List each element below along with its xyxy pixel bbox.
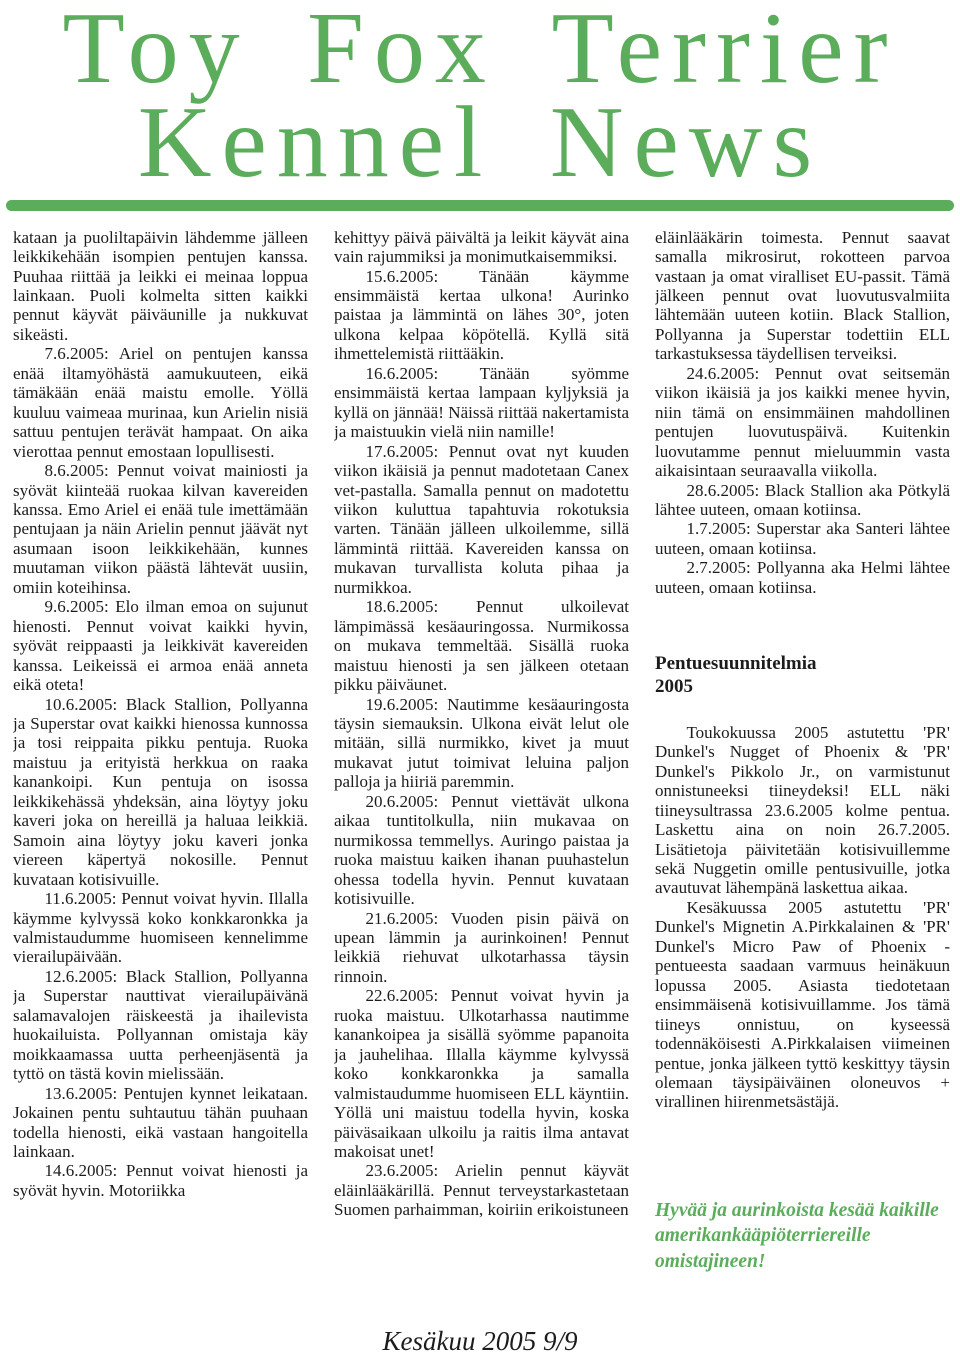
- diary-entry: 18.6.2005: Pennut ulkoilevat lämpimässä …: [334, 597, 629, 694]
- article-body: kataan ja puoliltapäivin lähdemme jällee…: [0, 211, 960, 1329]
- diary-entry: 16.6.2005: Tänään syömme ensimmäistä ker…: [334, 364, 629, 442]
- diary-entry: 28.6.2005: Black Stallion aka Pötkylä lä…: [655, 481, 950, 520]
- diary-entry: 11.6.2005: Pennut voivat hyvin. Illalla …: [13, 889, 308, 967]
- text-column: kataan ja puoliltapäivin lähdemme jällee…: [13, 228, 308, 1329]
- closing-message: Hyvää ja aurinkoista kesää kaikille amer…: [655, 1198, 950, 1274]
- page-footer: Kesäkuu 2005 9/9: [0, 1326, 960, 1357]
- diary-entry: 23.6.2005: Arielin pennut käyvät eläinlä…: [334, 1161, 629, 1219]
- diary-entry: 21.6.2005: Vuoden pisin päivä on upean l…: [334, 909, 629, 987]
- diary-entry: 22.6.2005: Pennut voivat hyvin ja ruoka …: [334, 986, 629, 1161]
- diary-entry: 15.6.2005: Tänään käymme ensimmäistä ker…: [334, 267, 629, 364]
- diary-entry: 24.6.2005: Pennut ovat seitsemän viikon …: [655, 364, 950, 481]
- newsletter-title: Toy Fox Terrier Kennel News: [0, 2, 960, 190]
- title-line-2: Kennel News: [0, 96, 960, 190]
- text-column: kehittyy päivä päivältä ja leikit käyvät…: [334, 228, 629, 1329]
- text-column: eläinlääkärin toimesta. Pennut saavat sa…: [655, 228, 950, 1329]
- continued-paragraph: eläinlääkärin toimesta. Pennut saavat sa…: [655, 228, 950, 364]
- newsletter-page: Toy Fox Terrier Kennel News kataan ja pu…: [0, 0, 960, 1365]
- masthead: Toy Fox Terrier Kennel News: [0, 0, 960, 211]
- continued-paragraph: kehittyy päivä päivältä ja leikit käyvät…: [334, 228, 629, 267]
- masthead-rule: [6, 200, 954, 211]
- title-line-1: Toy Fox Terrier: [0, 2, 960, 96]
- diary-entry: 20.6.2005: Pennut viettävät ulkona aikaa…: [334, 792, 629, 909]
- diary-entry: 14.6.2005: Pennut voivat hienosti ja syö…: [13, 1161, 308, 1200]
- diary-entry: 10.6.2005: Black Stallion, Pollyanna ja …: [13, 695, 308, 890]
- diary-entry: 19.6.2005: Nautimme kesäauringosta täysi…: [334, 695, 629, 792]
- diary-entry: 2.7.2005: Pollyanna aka Helmi lähtee uut…: [655, 558, 950, 597]
- diary-entry: 17.6.2005: Pennut ovat nyt kuuden viikon…: [334, 442, 629, 598]
- section-heading: Pentuesuunnitelmia 2005: [655, 653, 950, 699]
- diary-entry: Toukokuussa 2005 astutettu 'PR' Dunkel's…: [655, 723, 950, 898]
- diary-entry: 12.6.2005: Black Stallion, Pollyanna ja …: [13, 967, 308, 1084]
- diary-entry: 13.6.2005: Pentujen kynnet leikataan. Jo…: [13, 1084, 308, 1162]
- diary-entry: 9.6.2005: Elo ilman emoa on sujunut hien…: [13, 597, 308, 694]
- issue-info: Kesäkuu 2005 9/9: [383, 1326, 578, 1356]
- diary-entry: 1.7.2005: Superstar aka Santeri lähtee u…: [655, 519, 950, 558]
- diary-entry: 8.6.2005: Pennut voivat mainiosti ja syö…: [13, 461, 308, 597]
- diary-entry: 7.6.2005: Ariel on pentujen kanssa enää …: [13, 344, 308, 461]
- diary-entry: Kesäkuussa 2005 astutettu 'PR' Dunkel's …: [655, 898, 950, 1112]
- continued-paragraph: kataan ja puoliltapäivin lähdemme jällee…: [13, 228, 308, 345]
